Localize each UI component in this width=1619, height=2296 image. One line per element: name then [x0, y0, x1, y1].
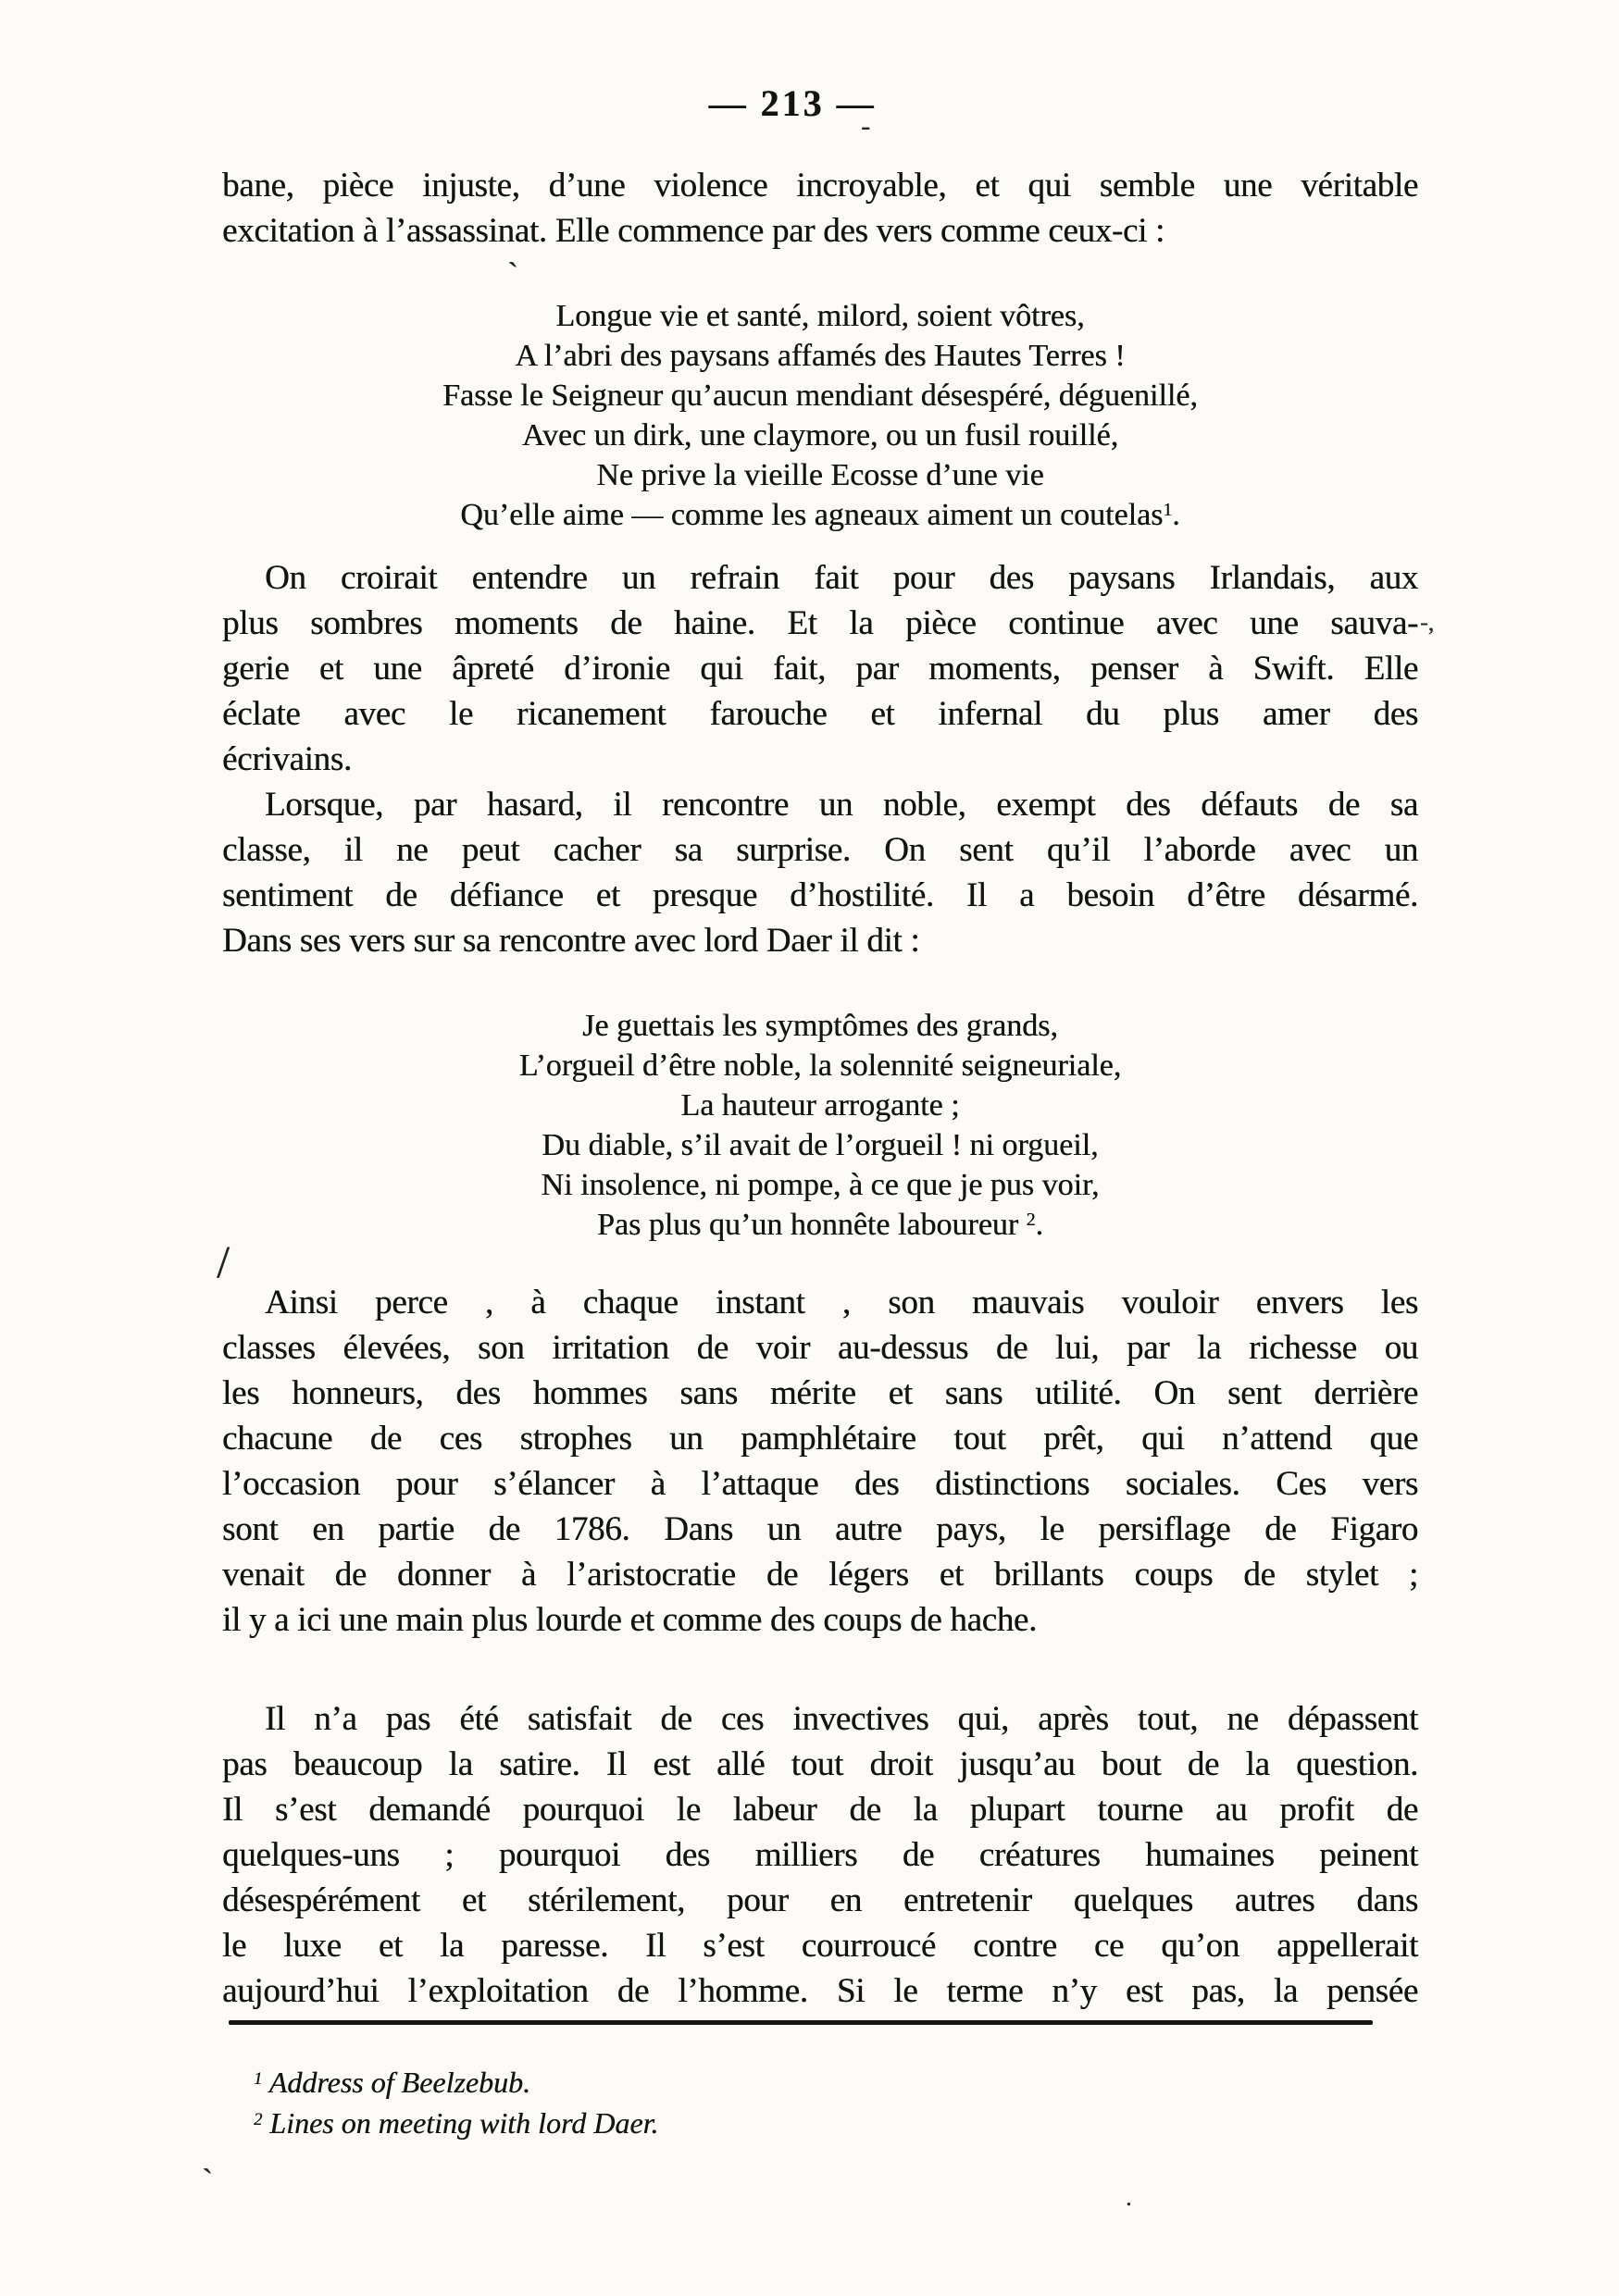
text-line: Ni insolence, ni pompe, à ce que je pus … [222, 1165, 1418, 1205]
text-line: classes élevées, son irritation de voir … [222, 1325, 1418, 1371]
text-line: Il n’a pas été satisfait de ces invectiv… [222, 1696, 1418, 1742]
text-line: Je guettais les symptômes des grands, [222, 1006, 1418, 1046]
text-line: Qu’elle aime — comme les agneaux aiment … [222, 495, 1418, 535]
footnote-marker: 2 [254, 2110, 262, 2129]
verse-quote-2: Je guettais les symptômes des grands,L’o… [222, 1006, 1418, 1245]
paragraph-1: bane, pièce injuste, d’une violence incr… [222, 163, 1418, 254]
paragraph-5: Il n’a pas été satisfait de ces invectiv… [222, 1696, 1418, 2014]
text-line: Longue vie et santé, milord, soient vôtr… [222, 296, 1418, 336]
text-line: sont en partie de 1786. Dans un autre pa… [222, 1507, 1418, 1552]
scan-artifact: - [861, 113, 870, 141]
text-line: éclate avec le ricanement farouche et in… [222, 691, 1418, 737]
text-line: La hauteur arrogante ; [222, 1086, 1418, 1125]
text-line: Pas plus qu’un honnête laboureur 2. [222, 1205, 1418, 1245]
paragraph-3: Lorsque, par hasard, il rencontre un nob… [222, 782, 1418, 963]
text-line: Fasse le Seigneur qu’aucun mendiant dése… [222, 376, 1418, 416]
text-line: écrivains. [222, 737, 1418, 782]
book-page: — 213 — bane, pièce injuste, d’une viole… [0, 0, 1619, 2296]
text-line: Dans ses vers sur sa rencontre avec lord… [222, 918, 1418, 963]
text-line: classe, il ne peut cacher sa surprise. O… [222, 827, 1418, 873]
scan-artifact: ˋ [202, 2164, 213, 2197]
text-line: aujourd’hui l’exploitation de l’homme. S… [222, 1968, 1418, 2014]
text-line: Ne prive la vieille Ecosse d’une vie [222, 455, 1418, 495]
text-line: L’orgueil d’être noble, la solennité sei… [222, 1046, 1418, 1086]
text-line: plus sombres moments de haine. Et la piè… [222, 601, 1418, 646]
footnote-separator [229, 2020, 1373, 2025]
scan-artifact: / [217, 1238, 230, 1285]
footnote-marker: 1 [254, 2069, 262, 2089]
text-line: les honneurs, des hommes sans mérite et … [222, 1371, 1418, 1416]
text-line: pas beaucoup la satire. Il est allé tout… [222, 1742, 1418, 1787]
text-line: Il s’est demandé pourquoi le labeur de l… [222, 1787, 1418, 1832]
text-line: On croirait entendre un refrain fait pou… [222, 555, 1418, 601]
text-line: 2 Lines on meeting with lord Daer. [254, 2103, 1374, 2143]
paragraph-4: Ainsi perce , à chaque instant , son mau… [222, 1280, 1418, 1643]
verse-quote-1: Longue vie et santé, milord, soient vôtr… [222, 296, 1418, 535]
text-line: sentiment de défiance et presque d’hosti… [222, 873, 1418, 918]
text-line: il y a ici une main plus lourde et comme… [222, 1597, 1418, 1643]
paragraph-2: On croirait entendre un refrain fait pou… [222, 555, 1418, 782]
text-line: 1 Address of Beelzebub. [254, 2062, 1374, 2103]
text-line: Du diable, s’il avait de l’orgueil ! ni … [222, 1125, 1418, 1165]
text-line: venait de donner à l’aristocratie de lég… [222, 1552, 1418, 1597]
footnote-marker: 1 [1163, 500, 1172, 520]
footnotes: 1 Address of Beelzebub.2 Lines on meetin… [254, 2062, 1374, 2143]
text-line: l’occasion pour s’élancer à l’attaque de… [222, 1461, 1418, 1507]
footnote-marker: 2 [1027, 1210, 1036, 1230]
page-number: — 213 — [194, 81, 1390, 125]
text-line: bane, pièce injuste, d’une violence incr… [222, 163, 1418, 208]
scan-artifact: -, [1420, 611, 1434, 635]
scan-artifact: ˋ [507, 257, 518, 291]
text-line: excitation à l’assassinat. Elle commence… [222, 208, 1418, 254]
text-line: Ainsi perce , à chaque instant , son mau… [222, 1280, 1418, 1325]
text-line: A l’abri des paysans affamés des Hautes … [222, 336, 1418, 376]
text-line: gerie et une âpreté d’ironie qui fait, p… [222, 646, 1418, 691]
scan-artifact: . [1126, 2186, 1132, 2210]
text-line: Avec un dirk, une claymore, ou un fusil … [222, 416, 1418, 455]
text-line: désespérément et stérilement, pour en en… [222, 1878, 1418, 1923]
text-line: quelques-uns ; pourquoi des milliers de … [222, 1832, 1418, 1878]
text-line: chacune de ces strophes un pamphlétaire … [222, 1416, 1418, 1461]
text-line: Lorsque, par hasard, il rencontre un nob… [222, 782, 1418, 827]
text-line: le luxe et la paresse. Il s’est courrouc… [222, 1923, 1418, 1968]
